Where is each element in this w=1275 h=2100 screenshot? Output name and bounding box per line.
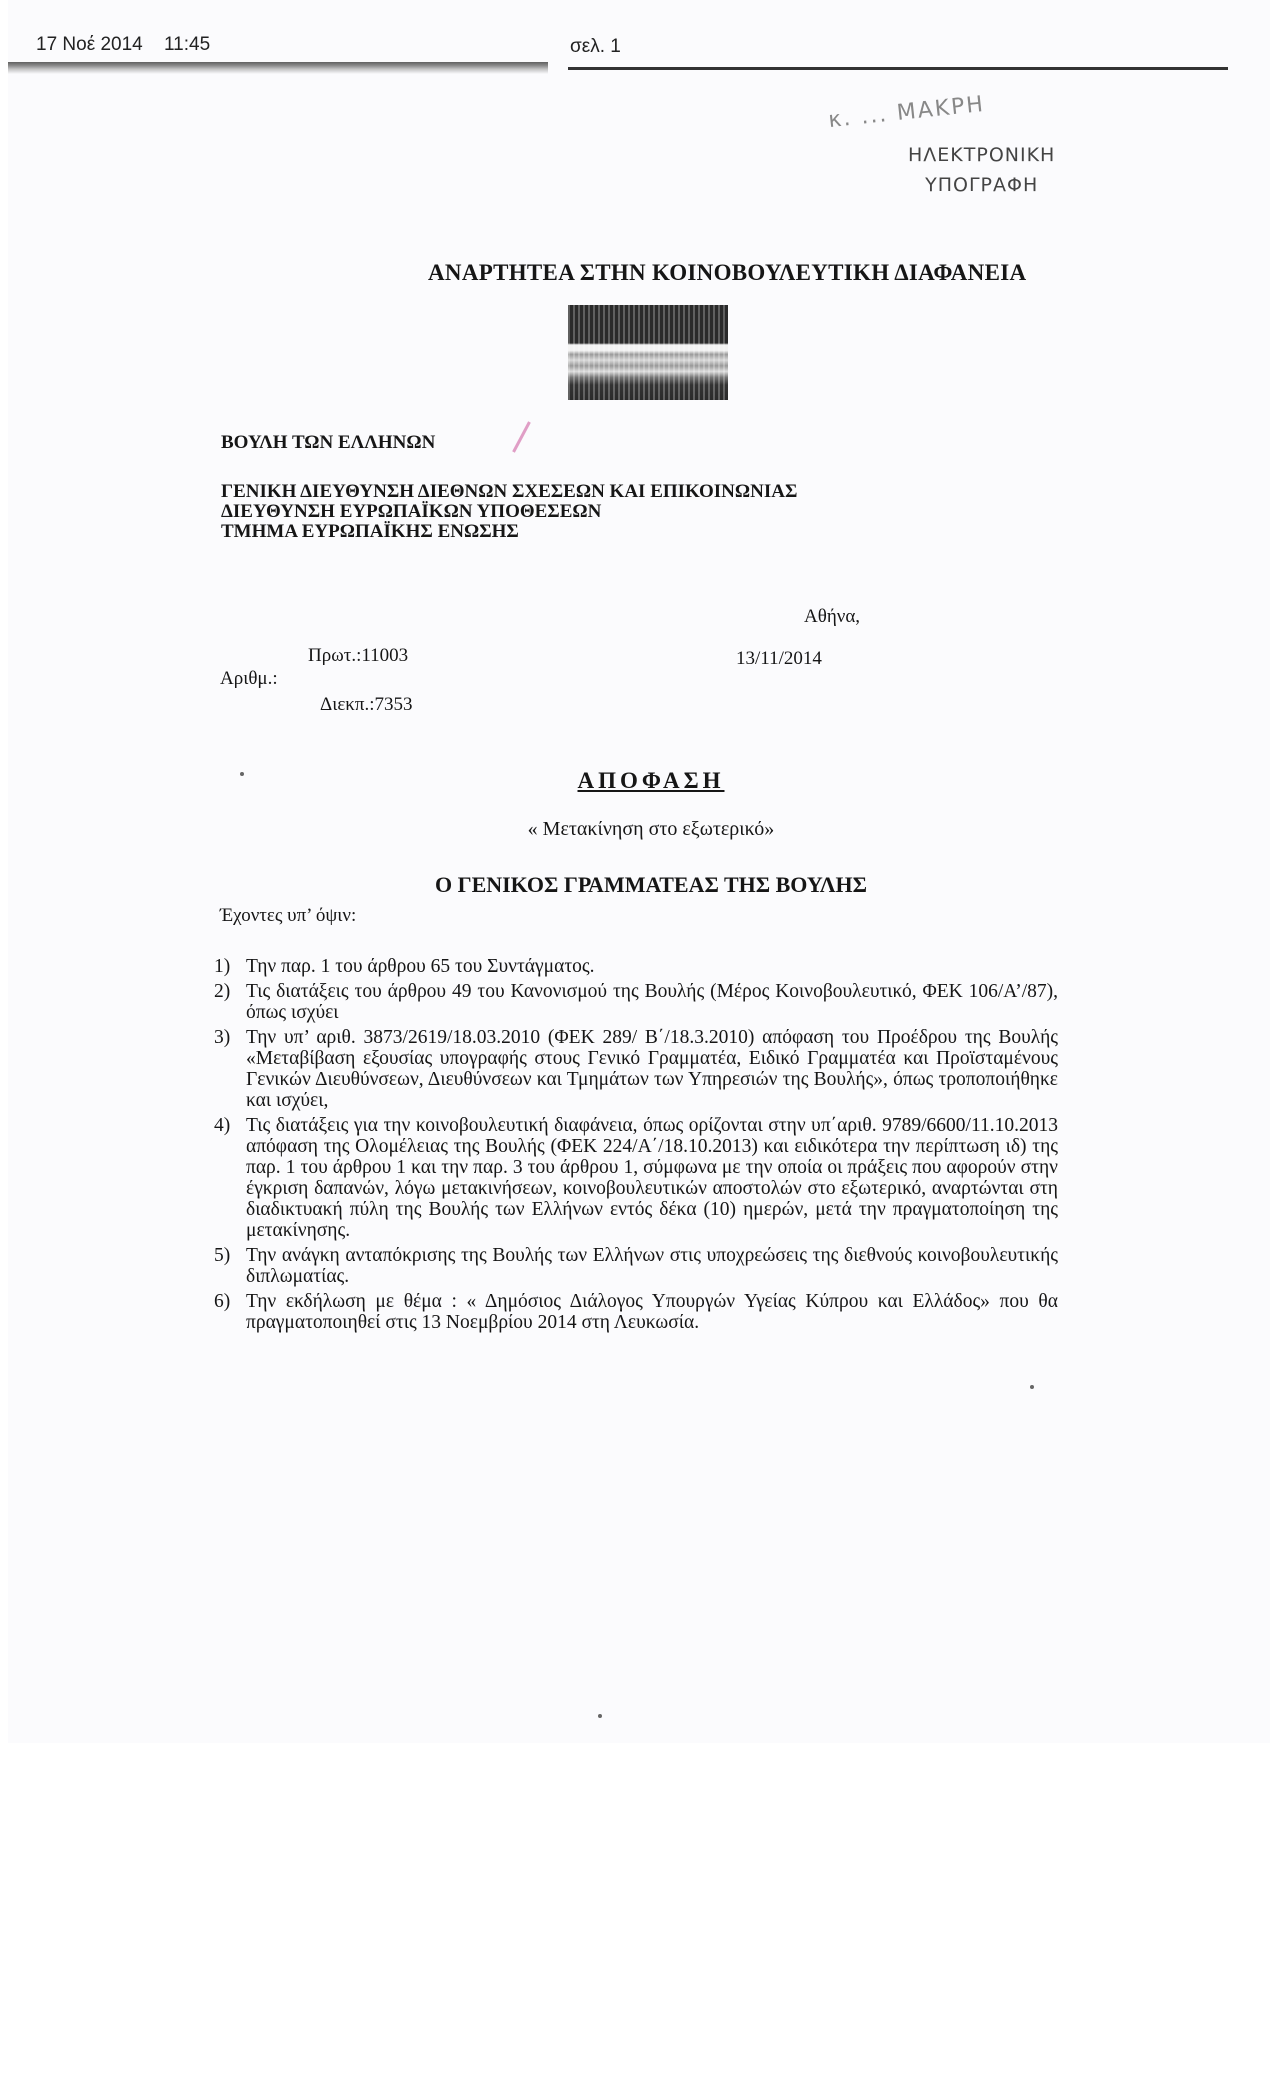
item-text: Την ανάγκη ανταπόκρισης της Βουλής των Ε… — [240, 1245, 1058, 1287]
decision-title: ΑΠΟΦΑΣΗ — [8, 768, 1270, 794]
item-number: 2) — [214, 981, 230, 1002]
item-number: 4) — [214, 1115, 230, 1136]
item-number: 3) — [214, 1027, 230, 1048]
issuer-title: Ο ΓΕΝΙΚΟΣ ΓΡΑΜΜΑΤΕΑΣ ΤΗΣ ΒΟΥΛΗΣ — [8, 872, 1270, 898]
handwritten-note: κ. ... ΜΑΚΡΗ — [827, 92, 986, 133]
scan-speck — [240, 772, 244, 776]
scanned-document-page: 17 Νοέ 2014 11:45 σελ. 1 κ. ... ΜΑΚΡΗ ΗΛ… — [8, 0, 1270, 1743]
number-label: Αριθμ.: — [220, 668, 278, 690]
department: ΤΜΗΜΑ ΕΥΡΩΠΑΪΚΗΣ ΕΝΩΣΗΣ — [221, 522, 797, 542]
considering-heading: Έχοντες υπ’ όψιν: — [220, 905, 356, 927]
item-number: 6) — [214, 1291, 230, 1312]
decision-subject: « Μετακίνηση στο εξωτερικό» — [8, 818, 1270, 841]
list-item: 3) Την υπ’ αριθ. 3873/2619/18.03.2010 (Φ… — [220, 1027, 1058, 1111]
dispatch-number: Διεκπ.:7353 — [320, 694, 413, 716]
item-number: 5) — [214, 1245, 230, 1266]
fax-time: 11:45 — [164, 34, 210, 55]
stamp-line-2: ΥΠΟΓΡΑΦΗ — [908, 170, 1055, 200]
fax-page-number: σελ. 1 — [570, 36, 621, 58]
parliament-emblem-icon — [568, 305, 728, 400]
item-text: Τις διατάξεις για την κοινοβουλευτική δι… — [240, 1115, 1058, 1241]
protocol-number: Πρωτ.:11003 — [308, 645, 408, 667]
scan-speck — [1030, 1385, 1034, 1389]
fax-timestamp: 17 Νοέ 2014 11:45 — [36, 34, 226, 56]
list-item: 4) Τις διατάξεις για την κοινοβουλευτική… — [220, 1115, 1058, 1241]
directorate: ΔΙΕΥΘΥΝΣΗ ΕΥΡΩΠΑΪΚΩΝ ΥΠΟΘΕΣΕΩΝ — [221, 502, 797, 522]
list-item: 1) Την παρ. 1 του άρθρου 65 του Συντάγμα… — [220, 956, 1058, 977]
electronic-signature-stamp: ΗΛΕΚΤΡΟΝΙΚΗ ΥΠΟΓΡΑΦΗ — [908, 140, 1055, 200]
scan-speck — [598, 1714, 602, 1718]
item-number: 1) — [214, 956, 230, 977]
fax-date: 17 Νοέ 2014 — [36, 34, 143, 55]
fax-header-rule — [568, 67, 1228, 70]
stamp-line-1: ΗΛΕΚΤΡΟΝΙΚΗ — [908, 140, 1055, 170]
pen-mark — [512, 421, 531, 452]
transparency-banner: ΑΝΑΡΤΗΤΕΑ ΣΤΗΝ ΚΟΙΝΟΒΟΥΛΕΥΤΙΚΗ ΔΙΑΦΑΝΕΙΑ — [428, 260, 1026, 286]
organization-name: ΒΟΥΛΗ ΤΩΝ ΕΛΛΗΝΩΝ — [221, 432, 435, 454]
item-text: Την παρ. 1 του άρθρου 65 του Συντάγματος… — [240, 956, 1058, 977]
list-item: 5) Την ανάγκη ανταπόκρισης της Βουλής τω… — [220, 1245, 1058, 1287]
list-item: 2) Τις διατάξεις του άρθρου 49 του Κανον… — [220, 981, 1058, 1023]
scan-noise-band — [8, 62, 548, 74]
list-item: 6) Την εκδήλωση με θέμα : « Δημόσιος Διά… — [220, 1291, 1058, 1333]
item-text: Την εκδήλωση με θέμα : « Δημόσιος Διάλογ… — [240, 1291, 1058, 1333]
organization-units: ΓΕΝΙΚΗ ΔΙΕΥΘΥΝΣΗ ΔΙΕΘΝΩΝ ΣΧΕΣΕΩΝ ΚΑΙ ΕΠΙ… — [221, 482, 797, 542]
directorate-general: ΓΕΝΙΚΗ ΔΙΕΥΘΥΝΣΗ ΔΙΕΘΝΩΝ ΣΧΕΣΕΩΝ ΚΑΙ ΕΠΙ… — [221, 482, 797, 502]
considerations-list: 1) Την παρ. 1 του άρθρου 65 του Συντάγμα… — [220, 956, 1058, 1337]
item-text: Την υπ’ αριθ. 3873/2619/18.03.2010 (ΦΕΚ … — [240, 1027, 1058, 1111]
place: Αθήνα, — [804, 606, 860, 628]
document-date: 13/11/2014 — [736, 648, 822, 670]
item-text: Τις διατάξεις του άρθρου 49 του Κανονισμ… — [240, 981, 1058, 1023]
